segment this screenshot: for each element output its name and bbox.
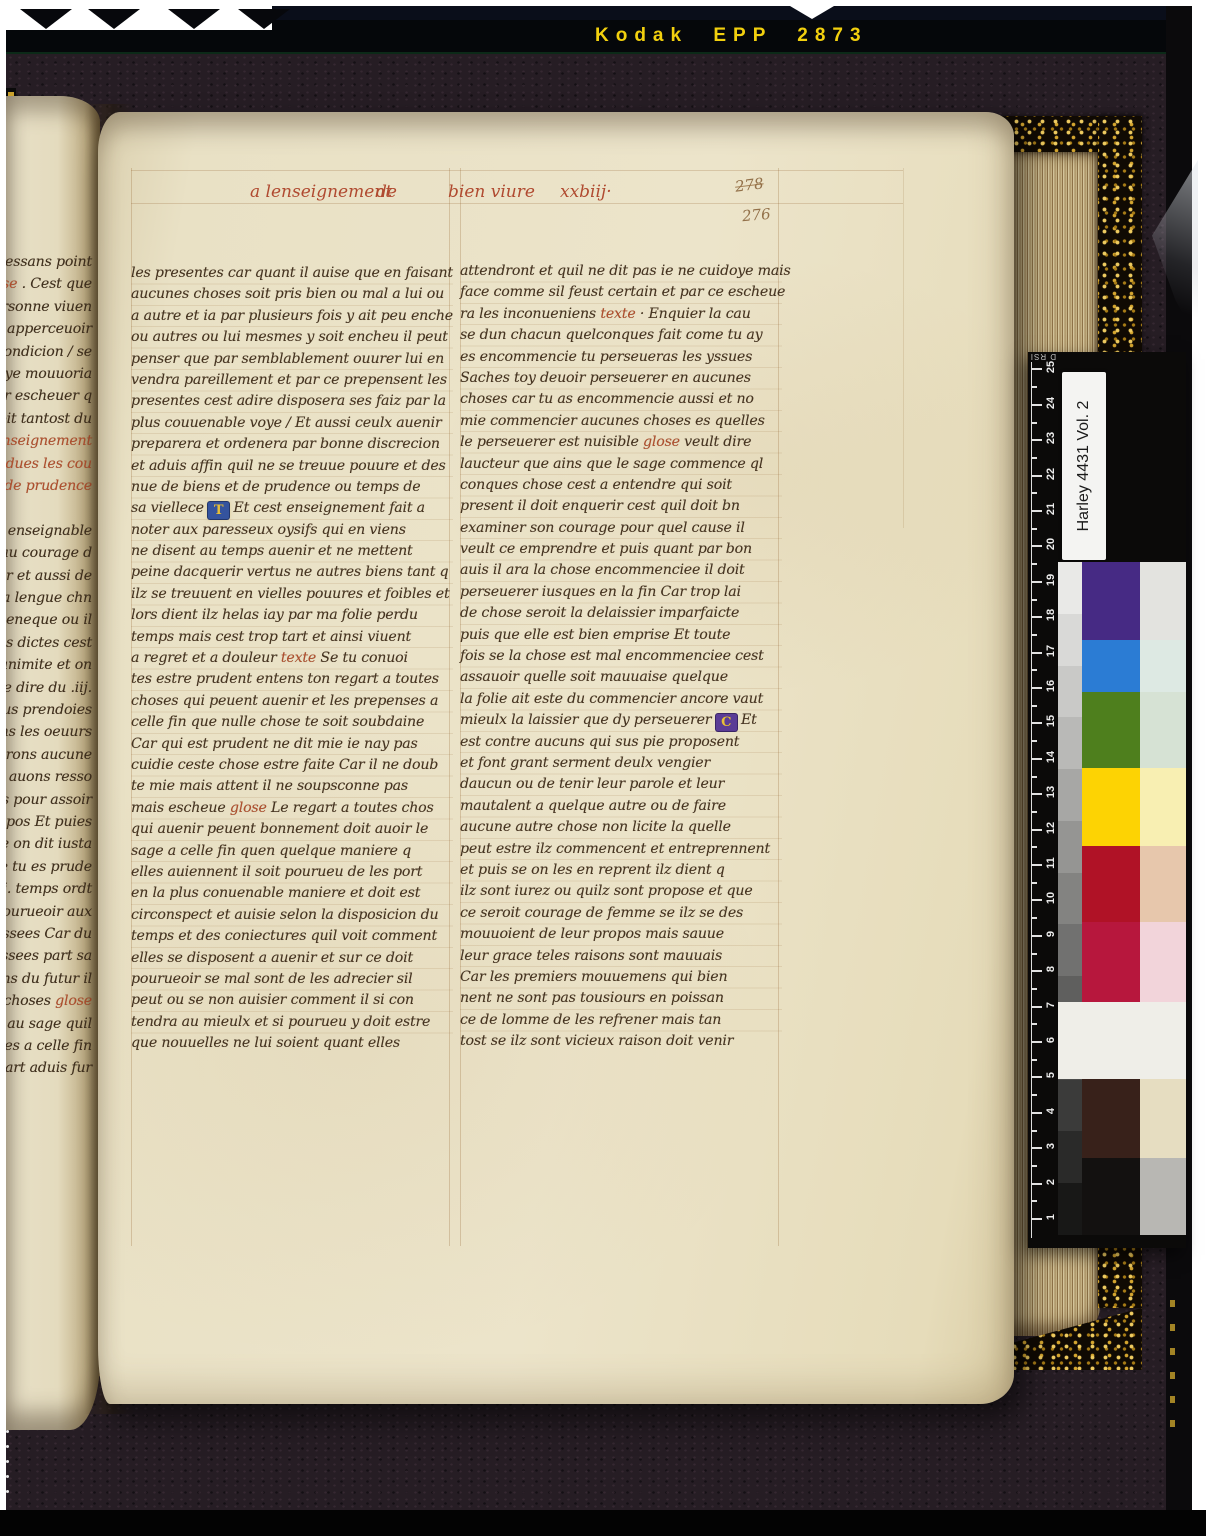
ruler-number: 24 <box>1045 392 1057 414</box>
ruler-number: 1 <box>1045 1206 1057 1228</box>
manuscript-line: plus couuenable voye / Et aussi ceulx au… <box>131 413 453 434</box>
ink-text: peine dacquerir vertus ne autres biens t… <box>131 564 448 580</box>
ink-text: penser que par semblablement ouurer lui … <box>131 351 444 367</box>
manuscript-line: temps mais cest trop tart et ainsi viuen… <box>131 627 453 648</box>
manuscript-line: pourueoir se mal sont de les adrecier si… <box>131 969 453 990</box>
manuscript-line: e passees a celle fin <box>6 1036 92 1057</box>
ink-text: de chose seroit la delaissier imparfaict… <box>460 605 739 621</box>
ink-text: la folie ait este du commencier ancore v… <box>460 691 763 707</box>
ink-text: nent ne sont pas tousiours en poissan <box>460 990 724 1006</box>
ruler-number: 5 <box>1045 1064 1057 1086</box>
ink-text: en la plus conuenable maniere et doit es… <box>131 885 420 901</box>
manuscript-line: ra les inconueniens texte · Enquier la c… <box>460 304 782 325</box>
manuscript-line: nous auons resso <box>6 767 92 788</box>
rubric-word: ntendues les cou <box>6 456 92 472</box>
ink-text: mais escheue <box>131 800 230 816</box>
manuscript-line: peut ou se non auisier comment il si con <box>131 990 453 1011</box>
ink-text: elles se disposent a auenir et sur ce do… <box>131 950 413 966</box>
photograph-frame: Kodak EPP 2873 ondessans pointlose . Ces… <box>0 0 1206 1536</box>
manuscript-line: auis il ara la chose encommenciee il doi… <box>460 560 782 581</box>
manuscript-line: attendront et quil ne dit pas ie ne cuid… <box>460 261 782 282</box>
ink-text: preparera et ordenera par bonne discreci… <box>131 436 440 452</box>
ink-text: · Enquier la cau <box>636 306 751 322</box>
manuscript-line: vendra pareillement et par ce prepensent… <box>131 370 453 391</box>
folio-number: 276 <box>741 205 771 225</box>
manuscript-line: Car qui est prudent ne dit mie ie nay pa… <box>131 734 453 755</box>
running-title-part1: a lenseignement <box>250 182 392 202</box>
ink-text: nt a la lengue chn <box>6 590 92 606</box>
manuscript-line: la folie ait este du commencier ancore v… <box>460 689 782 710</box>
ink-text: tes les choses <box>6 993 55 1009</box>
ink-text: Se tu conuoi <box>316 650 408 666</box>
rubric-word: texte <box>600 306 635 322</box>
manuscript-line: noter aux paresseux oysifs qui en viens <box>131 520 453 541</box>
ink-text: uste des enseignable <box>6 523 92 539</box>
ruler-half-tick <box>1031 776 1037 778</box>
manuscript-line: mais escheue glose Le regart a toutes ch… <box>131 798 453 819</box>
manuscript-line: mouuoient de leur propos mais sauue <box>460 924 782 945</box>
ink-text: tantost apperceuoir <box>6 321 92 337</box>
manuscript-line: et font grant serment deulx vengier <box>460 753 782 774</box>
ruler-number: 13 <box>1045 781 1057 803</box>
manuscript-line: se condicion / se <box>6 342 92 363</box>
manuscript-line: ntendues les cou <box>6 454 92 475</box>
manuscript-line: tes les choses glose <box>6 991 92 1012</box>
tint-patch-yellow <box>1140 768 1186 846</box>
manuscript-line: ment au courage d <box>6 543 92 564</box>
manuscript-line: ce seroit courage de femme se ilz se des <box>460 903 782 924</box>
manuscript-line: le perseuerer est nuisible glose veult d… <box>460 432 782 453</box>
manuscript-line: present il doit enquerir cest quil doit … <box>460 496 782 517</box>
ruler-tick <box>1031 616 1042 618</box>
ink-text: e passees a celle fin <box>6 1038 92 1054</box>
ruler-half-tick <box>1031 422 1037 424</box>
manuscript-line: mens du futur il <box>6 969 92 990</box>
manuscript-line: e reciterons aucune <box>6 745 92 766</box>
ruler-number: 17 <box>1045 640 1057 662</box>
manuscript-line: ncore de prudence <box>6 476 92 497</box>
ink-text: ue nous prendoies <box>6 702 92 718</box>
ruler-half-tick <box>1031 1023 1037 1025</box>
ink-text: face comme sil feust certain et par ce e… <box>460 284 785 300</box>
manuscript-line: laucteur que ains que le sage commence q… <box>460 454 782 475</box>
manuscript-line: ou autres ou lui mesmes y soit encheu il… <box>131 327 453 348</box>
ruler-tick <box>1031 510 1042 512</box>
gray-step-patch <box>1058 1131 1082 1183</box>
gray-step-patch <box>1058 614 1082 666</box>
ink-text: est contre aucuns qui sus pie proposent <box>460 734 739 750</box>
manuscript-line: elles auiennent il soit pourueu de les p… <box>131 862 453 883</box>
tint-patch-purple <box>1140 562 1186 640</box>
ruler-half-tick <box>1031 882 1037 884</box>
manuscript-line: face comme sil feust certain et par ce e… <box>460 282 782 303</box>
ink-text: fois se la chose est mal encommenciee ce… <box>460 648 764 664</box>
gilt-speck <box>1170 1396 1175 1403</box>
ink-text: nt est au sage quil <box>6 1016 92 1032</box>
manuscript-line: rtus pour assoir <box>6 790 92 811</box>
ink-text: elles auiennent il soit pourueu de les p… <box>131 864 422 880</box>
film-notch-white <box>790 6 834 19</box>
ruler-half-tick <box>1031 1094 1037 1096</box>
gilt-speck <box>1170 1300 1175 1307</box>
ink-text: et font grant serment deulx vengier <box>460 755 710 771</box>
ink-text: sage a celle fin quen quelque maniere q <box>131 843 411 859</box>
manuscript-line: us pour escheuer q <box>6 386 92 407</box>
ruler-tick <box>1031 475 1042 477</box>
manuscript-line: propos Et puies <box>6 812 92 833</box>
ink-text: tes estre prudent entens ton regart a to… <box>131 671 439 687</box>
ruler-tick <box>1031 758 1042 760</box>
gray-step-patch <box>1058 821 1082 873</box>
manuscript-line: conques chose cest a entendre qui soit <box>460 475 782 496</box>
ink-text: noter aux paresseux oysifs qui en viens <box>131 522 406 538</box>
ruler-half-tick <box>1031 528 1037 530</box>
frame-speck <box>6 1475 9 1478</box>
gray-step-patch <box>1058 924 1082 976</box>
manuscript-line: les presentes car quant il auise que en … <box>131 263 453 284</box>
text-column-left: les presentes car quant il auise que en … <box>131 263 453 1054</box>
ruler-tick <box>1031 1218 1042 1220</box>
ink-text: rtus pour assoir <box>6 792 92 808</box>
manuscript-line: les passees Car du <box>6 924 92 945</box>
gray-step-patch <box>1058 562 1082 614</box>
ruler-tick <box>1031 793 1042 795</box>
ink-text: et puis se on les en reprent ilz dient q <box>460 862 725 878</box>
film-notch <box>238 9 290 29</box>
tint-patch-black <box>1140 1158 1186 1235</box>
ruler-number: 25 <box>1045 356 1057 378</box>
ink-text: nous auons resso <box>6 769 92 785</box>
ink-text: ilz se treuuent en vielles pouures et fo… <box>131 586 450 602</box>
ink-text: ra les inconueniens <box>460 306 600 322</box>
manuscript-line: tes estre prudent entens ton regart a to… <box>131 669 453 690</box>
ink-text: les passees Car du <box>6 926 92 942</box>
rubric-word: ncore de prudence <box>6 478 92 494</box>
ruler-half-tick <box>1031 634 1037 636</box>
ink-text: ment au courage d <box>6 545 92 561</box>
manuscript-line: ilz se treuuent en vielles pouures et fo… <box>131 584 453 605</box>
color-patch-brown <box>1082 1079 1140 1158</box>
ruler-number: 23 <box>1045 427 1057 449</box>
frame-speck <box>6 1445 9 1448</box>
ink-text: propos Et puies <box>6 814 92 830</box>
ink-text: gne seneque ou il <box>6 612 92 628</box>
ink-text: temps mais cest trop tart et ainsi viuen… <box>131 629 411 645</box>
ruler-half-tick <box>1031 386 1037 388</box>
manuscript-line: t a personne viuen <box>6 297 92 318</box>
color-patch-purple <box>1082 562 1140 640</box>
manuscript-line: dessus dictes cest <box>6 633 92 654</box>
ink-text: . Cest que <box>17 276 92 292</box>
ink-text: circonspect et auisie selon la disposici… <box>131 907 438 923</box>
ink-text: les presentes car quant il auise que en … <box>131 265 453 281</box>
ruler-tick <box>1031 1041 1042 1043</box>
manuscript-line: choses qui peuent auenir et les prepense… <box>131 691 453 712</box>
gray-step-patch <box>1058 666 1082 718</box>
illuminated-initial: T <box>208 502 229 519</box>
gilt-specks <box>1170 1300 1178 1430</box>
ink-text: vendra pareillement et par ce prepensent… <box>131 372 447 388</box>
manuscript-line: gne seneque ou il <box>6 610 92 631</box>
gray-step-patch <box>1058 1183 1082 1235</box>
gilt-speck <box>1170 1372 1175 1379</box>
manuscript-line: que nouuelles ne lui soient quant elles <box>131 1033 453 1054</box>
ruler-number: 20 <box>1045 533 1057 555</box>
manuscript-line: qui auenir peuent bonnement doit auoir l… <box>131 819 453 840</box>
ruler-number: 2 <box>1045 1171 1057 1193</box>
manuscript-line: presentes cest adire disposera ses faiz … <box>131 391 453 412</box>
ink-text: celle fin que nulle chose te soit soubda… <box>131 714 424 730</box>
manuscript-line: de chose seroit la delaissier imparfaict… <box>460 603 782 624</box>
manuscript-line: ue nous prendoies <box>6 700 92 721</box>
ruler-number: 11 <box>1045 852 1057 874</box>
frame-edge-specks <box>6 1430 12 1500</box>
ruler-tick <box>1031 1112 1042 1114</box>
ink-text: es encommencie tu perseueras les yssues <box>460 349 752 365</box>
ink-text: mens du futur il <box>6 971 92 987</box>
ruler-tick <box>1031 722 1042 724</box>
ink-text: cuidie ceste chose estre faite Car il ne… <box>131 757 438 773</box>
gilt-speck <box>1170 1348 1175 1355</box>
facing-page-text: ondessans pointlose . Cest quet a person… <box>6 252 94 1088</box>
ink-text: Car qui est prudent ne dit mie ie nay pa… <box>131 736 418 752</box>
manuscript-line: et puis se on les en reprent ilz dient q <box>460 860 782 881</box>
ink-text: ilz sont iurez ou quilz sont propose et … <box>460 883 753 899</box>
ink-text: puis que elle est bien emprise Et toute <box>460 627 730 643</box>
ink-text: t a personne viuen <box>6 299 92 315</box>
ruler-tick <box>1031 970 1042 972</box>
manuscript-line: ce de lomme de les refrener mais tan <box>460 1010 782 1031</box>
manuscript-line: mautalent a quelque autre ou de faire <box>460 796 782 817</box>
rubric-word: e lenseignement <box>6 433 92 449</box>
manuscript-line: e lenseignement <box>6 431 92 452</box>
tint-patch-red <box>1140 846 1186 922</box>
ink-text: s passees part sa <box>6 948 92 964</box>
color-patch-yellow <box>1082 768 1140 846</box>
ink-text: que nouuelles ne lui soient quant elles <box>131 1035 400 1051</box>
color-patch-green <box>1082 692 1140 768</box>
ink-text: ce de lomme de les refrener mais tan <box>460 1012 721 1028</box>
gray-step-patch <box>1058 873 1082 925</box>
manuscript-line: a autre et ia par plusieurs fois y ait p… <box>131 306 453 327</box>
manuscript-line: tost se ilz sont vicieux raison doit ven… <box>460 1031 782 1052</box>
ink-text: qui auenir peuent bonnement doit auoir l… <box>131 821 428 837</box>
tint-patch-blue <box>1140 640 1186 692</box>
ink-text: tendra au mieulx et si pourueu y doit es… <box>131 1014 430 1030</box>
ink-text: perseuerer iusques en la fin Car trop la… <box>460 584 741 600</box>
ink-text: veult dire <box>680 434 751 450</box>
ruler-number: 4 <box>1045 1100 1057 1122</box>
manuscript-line: nt est au sage quil <box>6 1014 92 1035</box>
ruler-number: 8 <box>1045 958 1057 980</box>
manuscript-line: temps et des coniectures quil voit comme… <box>131 926 453 947</box>
manuscript-line: peine dacquerir vertus ne autres biens t… <box>131 562 453 583</box>
ink-text: tu que on dit iusta <box>6 836 92 852</box>
ruler-tick <box>1031 1183 1042 1185</box>
rubric-word: glose <box>643 434 680 450</box>
ruler-half-tick <box>1031 492 1037 494</box>
ink-text: se doit tantost du <box>6 411 92 427</box>
ink-text: plus couuenable voye / Et aussi ceulx au… <box>131 415 442 431</box>
tint-patch-brown <box>1140 1079 1186 1158</box>
ruler-number: 7 <box>1045 994 1057 1016</box>
ruler-half-tick <box>1031 846 1037 848</box>
manuscript-line: Saches toy deuoir perseuerer en aucunes <box>460 368 782 389</box>
manuscript-line: s de dire du .iij. <box>6 678 92 699</box>
frame-speck <box>6 1430 9 1433</box>
ink-text: mouuoient de leur propos mais sauue <box>460 926 724 942</box>
film-notch <box>20 9 72 29</box>
manuscript-line: se doit tantost du <box>6 409 92 430</box>
frame-border-bottom <box>0 1510 1206 1536</box>
gilt-speck <box>1170 1420 1175 1427</box>
ink-text: se condicion / se <box>6 344 92 360</box>
running-title-part4: xxbiij· <box>560 182 612 202</box>
ruler-tick <box>1031 864 1042 866</box>
ruler-half-tick <box>1031 953 1037 955</box>
ink-text: assauoir quelle soit mauuaise quelque <box>460 669 728 685</box>
manuscript-line: tantost apperceuoir <box>6 319 92 340</box>
manuscript-line: perseuerer iusques en la fin Car trop la… <box>460 582 782 603</box>
manuscript-line: e . Se tu es prude <box>6 857 92 878</box>
manuscript-line: daucun ou de tenir leur parole et leur <box>460 774 782 795</box>
ink-text: Se tu es prude <box>6 859 92 875</box>
ruler-tick <box>1031 1147 1042 1149</box>
manuscript-line: es encommencie tu perseueras les yssues <box>460 347 782 368</box>
manuscript-line: penser que par semblablement ouurer lui … <box>131 349 453 370</box>
ink-text: nue de biens et de prudence ou temps de <box>131 479 420 495</box>
ruler-half-tick <box>1031 988 1037 990</box>
ink-text: ou autres ou lui mesmes y soit encheu il… <box>131 329 448 345</box>
manuscript-line: sa viellece T Et cest enseignement fait … <box>131 498 453 519</box>
ruler-number: 16 <box>1045 675 1057 697</box>
ruler-tick <box>1031 545 1042 547</box>
ink-text: conques chose cest a entendre qui soit <box>460 477 732 493</box>
ink-text: rceur et aussi de <box>6 568 92 584</box>
color-patch-blue <box>1082 640 1140 692</box>
gilt-speck <box>1170 1324 1175 1331</box>
text-column-right: attendront et quil ne dit pas ie ne cuid… <box>460 261 782 1052</box>
rubric-word: lose <box>6 276 17 292</box>
ruling-line <box>903 168 904 528</box>
manuscript-line: ncelles art aduis fur <box>6 1058 92 1079</box>
ruler-half-tick <box>1031 1059 1037 1061</box>
ink-text: peut estre ilz commencent et entreprenne… <box>460 841 770 857</box>
ink-text: pourueoir se mal sont de les adrecier si… <box>131 971 413 987</box>
ruler-tick <box>1031 404 1042 406</box>
manuscript-line: lors dient ilz helas iay par ma folie pe… <box>131 605 453 626</box>
ruler-number: 10 <box>1045 887 1057 909</box>
ruler-number: 18 <box>1045 604 1057 626</box>
ink-text: peut ou se non auisier comment il si con <box>131 992 414 1008</box>
ink-text: a autre et ia par plusieurs fois y ait p… <box>131 308 453 324</box>
manuscript-line: ul oye mouuoria <box>6 364 92 385</box>
ruler-number: 19 <box>1045 569 1057 591</box>
ruler-number: 3 <box>1045 1135 1057 1157</box>
manuscript-line: tendra au mieulx et si pourueu y doit es… <box>131 1012 453 1033</box>
manuscript-line: ntes pourueoir aux <box>6 902 92 923</box>
ink-text: lors dient ilz helas iay par ma folie pe… <box>131 607 418 623</box>
manuscript-line: en la plus conuenable maniere et doit es… <box>131 883 453 904</box>
film-notch <box>88 9 140 29</box>
ink-text: magnanimite et on <box>6 657 92 673</box>
ink-text: ul oye mouuoria <box>6 366 92 382</box>
tint-patch-green <box>1140 692 1186 768</box>
manuscript-line: veult ce emprendre et puis quant par bon <box>460 539 782 560</box>
ink-text: tost se ilz sont vicieux raison doit ven… <box>460 1033 733 1049</box>
frame-speck <box>6 1490 9 1493</box>
manuscript-line: ar .iij. temps ordt <box>6 879 92 900</box>
gray-step-patch <box>1058 1080 1082 1132</box>
ink-text: laucteur que ains que le sage commence q… <box>460 456 763 472</box>
manuscript-line: nue de biens et de prudence ou temps de <box>131 477 453 498</box>
running-title-part3: bien viure <box>448 182 535 202</box>
manuscript-line: uste des enseignable <box>6 521 92 542</box>
shelfmark-text: Harley 4431 Vol. 2 <box>1075 401 1093 532</box>
ink-text: dessus dictes cest <box>6 635 92 651</box>
ink-text: presentes cest adire disposera ses faiz … <box>131 393 446 409</box>
ink-text: examiner son courage pour quel cause il <box>460 520 745 536</box>
ruler-half-tick <box>1031 1130 1037 1132</box>
ink-text: auis il ara la chose encommenciee il doi… <box>460 562 745 578</box>
frame-speck <box>6 1460 9 1463</box>
manuscript-line: circonspect et auisie selon la disposici… <box>131 905 453 926</box>
ruler-tick <box>1031 1006 1042 1008</box>
ruler-half-tick <box>1031 740 1037 742</box>
ink-text: et aduis affin quil ne se treuue pouure … <box>131 458 446 474</box>
gray-step-patch <box>1058 717 1082 769</box>
manuscript-line: et aduis affin quil ne se treuue pouure … <box>131 456 453 477</box>
ruler-number: 21 <box>1045 498 1057 520</box>
manuscript-line: sage a celle fin quen quelque maniere q <box>131 841 453 862</box>
manuscript-line: se dun chacun quelconques fait come tu a… <box>460 325 782 346</box>
ink-text: Saches toy deuoir perseuerer en aucunes <box>460 370 751 386</box>
ink-text: ncelles art aduis fur <box>6 1060 92 1076</box>
manuscript-line: a regret et a douleur texte Se tu conuoi <box>131 648 453 669</box>
ink-text: present il doit enquerir cest quil doit … <box>460 498 740 514</box>
manuscript-line: tu que on dit iusta <box>6 834 92 855</box>
ink-text: mieulx la laissier que dy perseuerer <box>460 712 716 728</box>
manuscript-line: ondessans point <box>6 252 92 273</box>
manuscript-line: nent ne sont pas tousiours en poissan <box>460 988 782 1009</box>
manuscript-line: examiner son courage pour quel cause il <box>460 518 782 539</box>
ruler-tick <box>1031 687 1042 689</box>
manuscript-line: aucune autre chose non licite la quelle <box>460 817 782 838</box>
ruler-tick <box>1031 899 1042 901</box>
ruler-number: 15 <box>1045 710 1057 732</box>
tint-patch-crimson <box>1140 922 1186 1002</box>
gray-step-patch <box>1058 769 1082 821</box>
ink-text: a regret et a douleur <box>131 650 281 666</box>
ink-text: leur grace teles raisons sont mauuais <box>460 948 722 964</box>
kodak-film-label: Kodak EPP 2873 <box>595 25 868 47</box>
ink-text: ne disent au temps auenir et ne mettent <box>131 543 413 559</box>
ruler-tick <box>1031 935 1042 937</box>
manuscript-line: nt a la lengue chn <box>6 588 92 609</box>
ruler-tick <box>1031 652 1042 654</box>
ink-text: Et cest enseignement fait a <box>229 500 425 516</box>
ink-text: aucunes choses soit pris bien ou mal a l… <box>131 286 444 302</box>
ink-text: se dun chacun quelconques fait come tu a… <box>460 327 762 343</box>
manuscript-line: fois se la chose est mal encommenciee ce… <box>460 646 782 667</box>
ruler-number: 22 <box>1045 463 1057 485</box>
ink-text: ondessans point <box>6 254 92 270</box>
color-patch-white <box>1058 1002 1186 1079</box>
ruler-half-tick <box>1031 811 1037 813</box>
manuscript-line: puis que elle est bien emprise Et toute <box>460 625 782 646</box>
manuscript-line: magnanimite et on <box>6 655 92 676</box>
ink-text: veult ce emprendre et puis quant par bon <box>460 541 752 557</box>
